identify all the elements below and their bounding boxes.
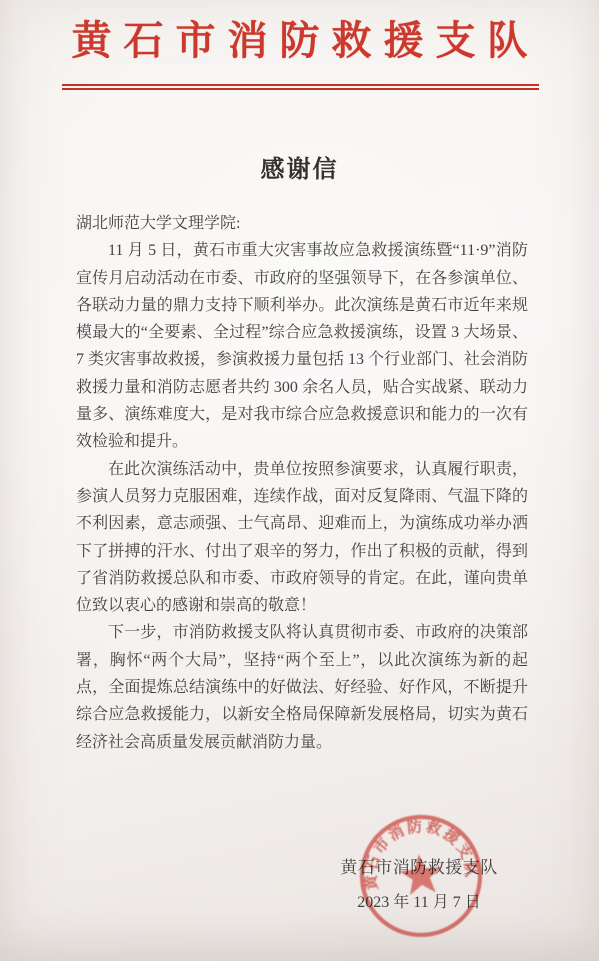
letterhead-org-name: 黄石市消防救援支队 [0, 18, 599, 64]
salutation: 湖北师范大学文理学院: [76, 210, 528, 237]
letterhead-divider [62, 84, 539, 90]
signature-org: 黄石市消防救援支队 [329, 857, 509, 879]
letter-body: 湖北师范大学文理学院: 11 月 5 日，黄石市重大灾害事故应急救援演练暨“11… [76, 210, 528, 756]
body-paragraph-2: 在此次演练活动中，贵单位按照参演要求，认真履行职责，参演人员努力克服困难，连续作… [76, 456, 528, 620]
signature-block: 黄石市消防救援支队 2023 年 11 月 7 日 [329, 857, 509, 914]
letter-title: 感谢信 [0, 149, 599, 184]
body-paragraph-3: 下一步，市消防救援支队将认真贯彻市委、市政府的决策部署，胸怀“两个大局”，坚持“… [76, 619, 528, 755]
body-paragraph-1: 11 月 5 日，黄石市重大灾害事故应急救援演练暨“11·9”消防宣传月启动活动… [76, 237, 528, 455]
signature-date: 2023 年 11 月 7 日 [329, 892, 509, 914]
letter-page: 黄石市消防救援支队 感谢信 湖北师范大学文理学院: 11 月 5 日，黄石市重大… [0, 0, 599, 961]
